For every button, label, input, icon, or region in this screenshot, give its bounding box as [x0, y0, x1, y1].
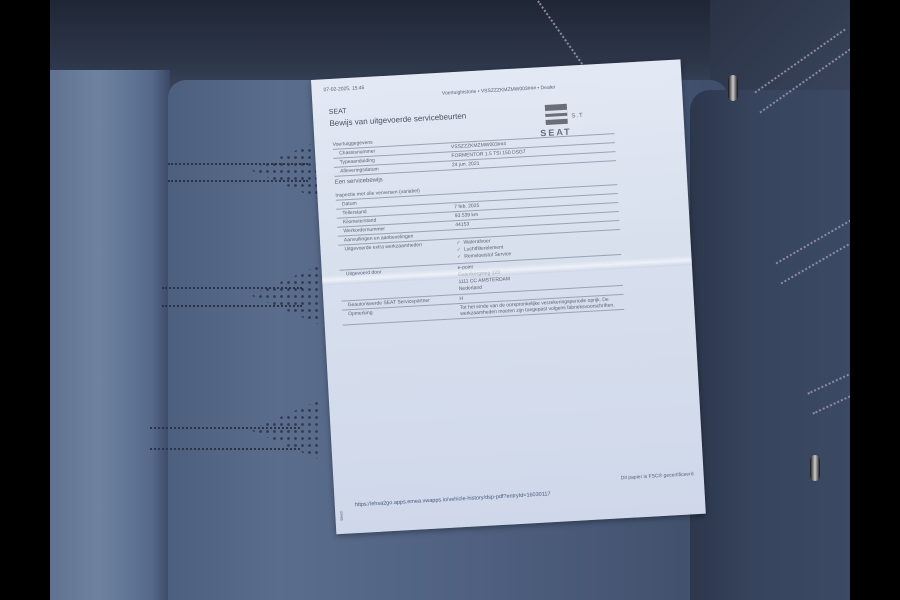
seat-left-bolster [50, 70, 170, 600]
footer-note: Dit papier is FSC® gecertificeerd [621, 471, 694, 481]
section-heading: Voertuiggegevens [332, 140, 372, 148]
field-label: Opmerking [348, 310, 373, 317]
extra-work-item: Remvloeistof Service [464, 251, 511, 260]
field-value: 93.539 km [455, 212, 479, 219]
service-document: 07-02-2025, 15:46 Voertuighistorie • VSS… [311, 59, 706, 534]
field-value: H [459, 296, 463, 302]
field-label: Afleveringsdatum [340, 166, 379, 174]
field-label: Werkordernummer [343, 226, 385, 234]
field-label: Kilometerstand [343, 218, 377, 226]
document-fields: Voertuiggegevens ChassisnummerVSSZZZKMZM… [332, 125, 624, 325]
field-value: 44153 [455, 221, 469, 228]
extra-work-list: ✓Waterafvoer ✓Luchtfilterelement ✓Remvlo… [456, 237, 511, 261]
checkmark-icon: ✓ [456, 240, 461, 246]
checkmark-icon: ✓ [457, 254, 462, 260]
seat-logo-icon [545, 104, 568, 125]
print-datetime: 07-02-2025, 15:46 [323, 85, 364, 93]
isofix-anchor-icon [810, 455, 820, 481]
field-value: 7 feb. 2025 [454, 203, 479, 210]
footer-url: https://ehsa2go.apps.emea.vwapps.io/vehi… [355, 491, 551, 508]
field-label: Tellerstand [342, 209, 366, 216]
seat-right-bolster [690, 90, 850, 600]
document-brand: SEAT [329, 108, 347, 116]
field-label: Datum [342, 201, 357, 208]
checkmark-icon: ✓ [457, 247, 462, 253]
logo-suffix: S.T [571, 113, 584, 120]
field-label: Typeaanduiding [339, 158, 375, 166]
header-reference: Voertuighistorie • VSSZZZKMZMW003### • D… [442, 84, 556, 96]
seat-stitching [150, 448, 300, 450]
field-label: Chassisnummer [339, 149, 375, 157]
isofix-anchor-icon [728, 75, 738, 101]
side-code: 43485 [339, 511, 344, 521]
field-value: 24 jun. 2021 [452, 161, 480, 169]
document-title: Bewijs van uitgevoerde servicebeurten [329, 111, 466, 128]
